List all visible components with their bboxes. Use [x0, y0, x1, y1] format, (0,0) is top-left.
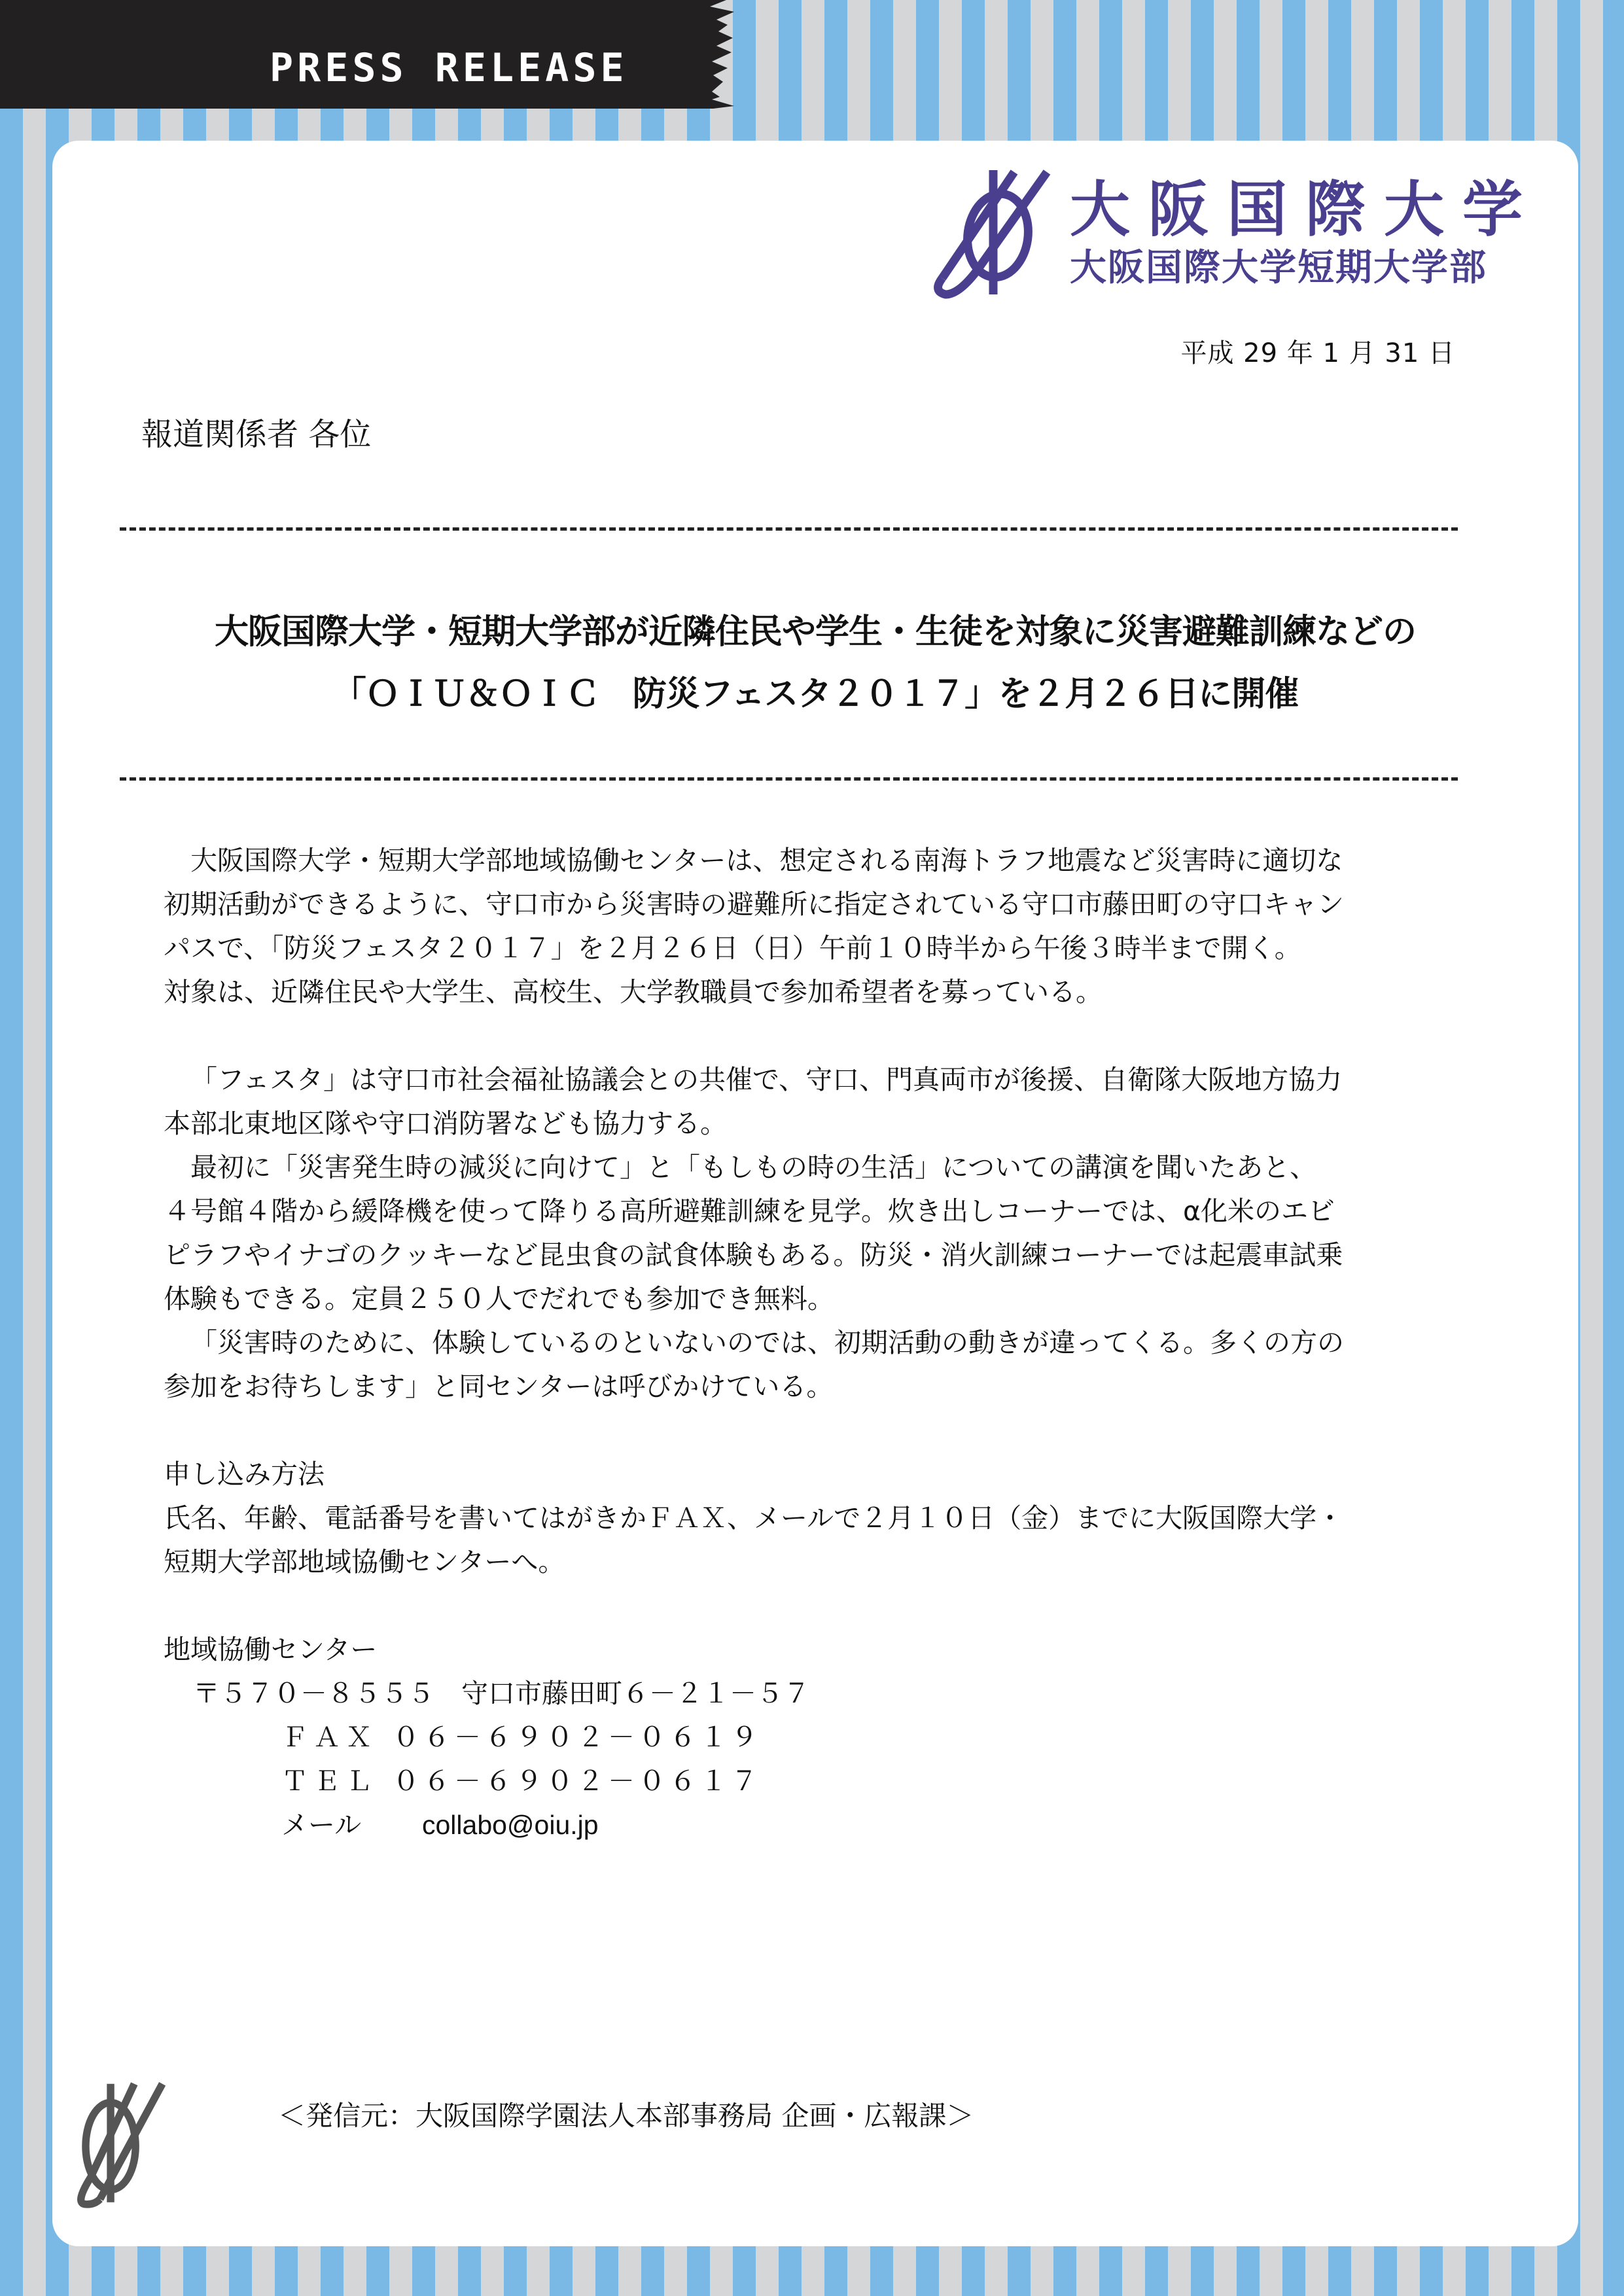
mail-address[interactable]: collabo@oiu.jp	[422, 1810, 599, 1840]
mail-label: メール	[281, 1803, 422, 1847]
headline-line-1: 大阪国際大学・短期大学部が近隣住民や学生・生徒を対象に災害避難訓練などの	[52, 615, 1578, 649]
headline-line-2: 「ＯＩＵ＆ＯＩＣ 防災フェスタ２０１７」を２月２６日に開催	[52, 677, 1578, 711]
press-release-banner: PRESS RELEASE	[0, 0, 736, 109]
release-date: 平成 29 年 1 月 31 日	[1180, 340, 1455, 366]
logo-university-name: 大阪国際大学	[1070, 180, 1541, 240]
divider-bottom	[120, 777, 1458, 781]
contact-fax: ＦＡＸ０６－６９０２－０６１９	[164, 1716, 1446, 1759]
fax-number: ０６－６９０２－０６１９	[393, 1722, 762, 1753]
logo-college-name: 大阪国際大学短期大学部	[1070, 250, 1487, 287]
oiu-emblem-icon	[72, 2081, 203, 2212]
contact-tel: ＴＥＬ０６－６９０２－０６１７	[164, 1759, 1446, 1803]
body-line: パスで、「防災フェスタ２０１７」を２月２６日（日）午前１０時半から午後３時半まで…	[164, 927, 1446, 970]
body-line: 体験もできる。定員２５０人でだれでも参加でき無料。	[164, 1277, 1446, 1321]
body-line: 「災害時のために、体験しているのといないのでは、初期活動の動きが違ってくる。多く…	[164, 1321, 1446, 1365]
divider-top	[120, 527, 1458, 531]
body-line: ４号館４階から緩降機を使って降りる高所避難訓練を見学。炊き出しコーナーでは、α化…	[164, 1190, 1446, 1233]
issuer-line: ＜発信元：大阪国際学園法人本部事務局 企画・広報課＞	[278, 2102, 974, 2130]
footer-logo	[72, 2081, 203, 2214]
application-line: 短期大学部地域協働センターへ。	[164, 1540, 1446, 1584]
application-heading: 申し込み方法	[164, 1453, 1446, 1496]
body-line: 大阪国際大学・短期大学部地域協働センターは、想定される南海トラフ地震など災害時に…	[164, 839, 1446, 883]
body-line: 対象は、近隣住民や大学生、高校生、大学教職員で参加希望者を募っている。	[164, 970, 1446, 1014]
body-line: 参加をお待ちします」と同センターは呼びかけている。	[164, 1365, 1446, 1409]
body-line: 最初に「災害発生時の減災に向けて」と「もしもの時の生活」についての講演を聞いたあ…	[164, 1146, 1446, 1190]
contact-heading: 地域協働センター	[164, 1628, 1446, 1672]
tel-number: ０６－６９０２－０６１７	[393, 1765, 762, 1797]
body-line: 「フェスタ」は守口市社会福祉協議会との共催で、守口、門真両市が後援、自衛隊大阪地…	[164, 1058, 1446, 1102]
application-line: 氏名、年齢、電話番号を書いてはがきかＦＡＸ、メールで２月１０日（金）までに大阪国…	[164, 1496, 1446, 1540]
banner-title: PRESS RELEASE	[270, 48, 628, 88]
contact-address: 〒５７０－８５５５ 守口市藤田町６－２１－５７	[164, 1672, 1446, 1716]
recipient-line: 報道関係者 各位	[141, 419, 371, 450]
tel-label: ＴＥＬ	[281, 1759, 393, 1803]
body-line: ピラフやイナゴのクッキーなど昆虫食の試食体験もある。防災・消火訓練コーナーでは起…	[164, 1233, 1446, 1277]
body-line: 初期活動ができるように、守口市から災害時の避難所に指定されている守口市藤田町の守…	[164, 883, 1446, 927]
university-logo: 大阪国際大学 大阪国際大学短期大学部	[929, 167, 1544, 304]
oiu-emblem-icon	[929, 167, 1067, 304]
body-text: 大阪国際大学・短期大学部地域協働センターは、想定される南海トラフ地震など災害時に…	[164, 839, 1446, 1847]
body-line: 本部北東地区隊や守口消防署なども協力する。	[164, 1102, 1446, 1146]
fax-label: ＦＡＸ	[281, 1716, 393, 1759]
contact-mail: メールcollabo@oiu.jp	[164, 1803, 1446, 1847]
